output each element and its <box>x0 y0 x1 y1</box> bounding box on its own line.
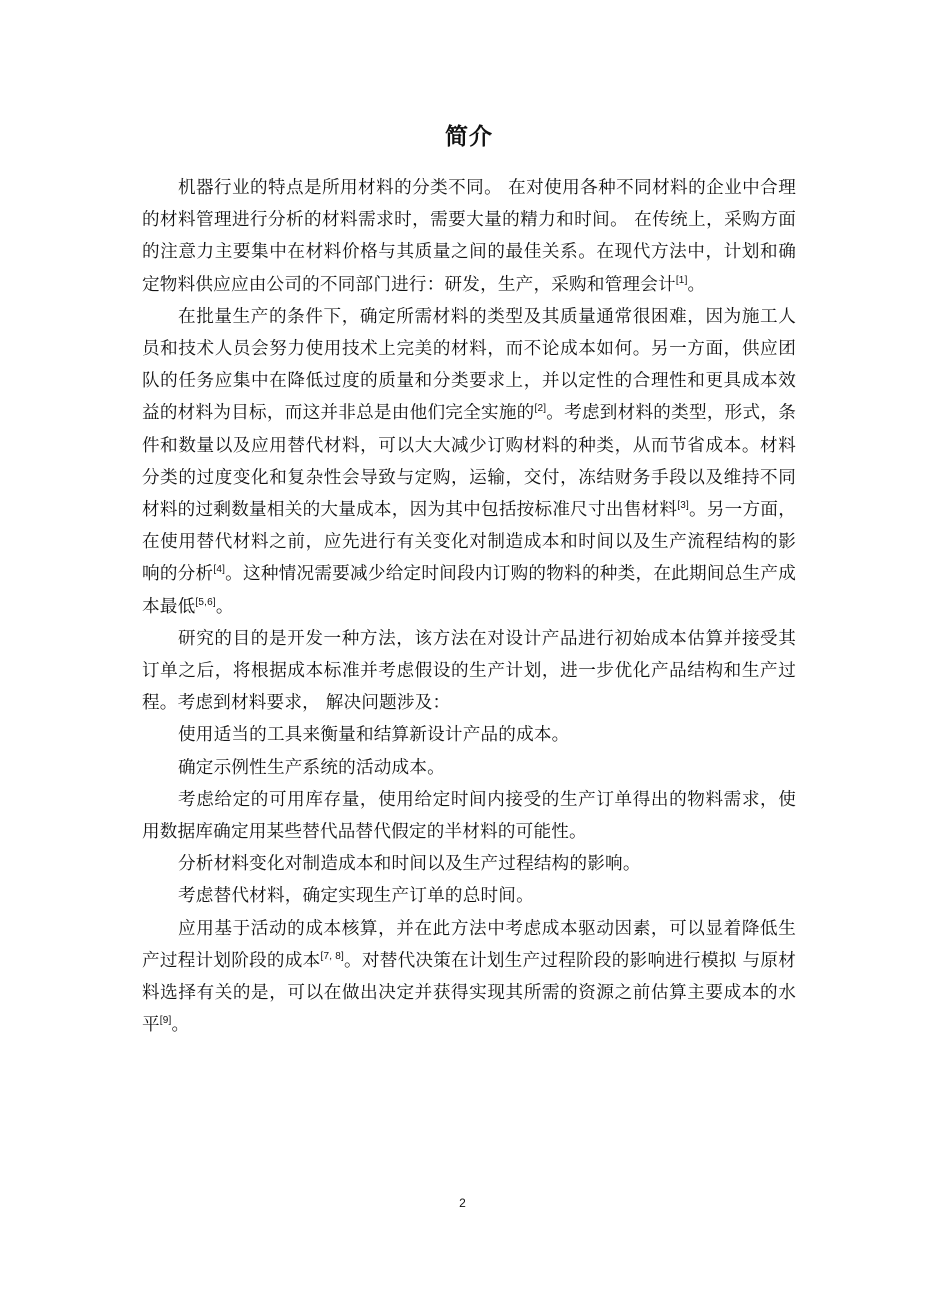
paragraph-materials: 在批量生产的条件下，确定所需材料的类型及其质量通常很困难，因为施工人员和技术人员… <box>142 301 796 623</box>
document-body: 机器行业的特点是所用材料的分类不同。 在对使用各种不同材料的企业中合理的材料管理… <box>142 172 796 1041</box>
citation: [4] <box>213 564 225 575</box>
punctuation: 。 <box>688 275 706 295</box>
citation: [9] <box>160 1015 172 1026</box>
page-number: 2 <box>0 1196 925 1210</box>
punctuation: 。 <box>216 597 234 617</box>
paragraph-activity-costing: 应用基于活动的成本核算，并在此方法中考虑成本驱动因素，可以显着降低生产过程计划阶… <box>142 913 796 1042</box>
citation: [2] <box>535 403 547 414</box>
task-item-2: 确定示例性生产系统的活动成本。 <box>142 752 796 784</box>
paragraph-research-goal: 研究的目的是开发一种方法，该方法在对设计产品进行初始成本估算并接受其订单之后，将… <box>142 623 796 720</box>
citation: [1] <box>676 275 688 286</box>
citation: [3] <box>677 500 689 511</box>
citation: [7, 8] <box>320 951 344 962</box>
task-item-4: 分析材料变化对制造成本和时间以及生产过程结构的影响。 <box>142 848 796 880</box>
task-item-1: 使用适当的工具来衡量和结算新设计产品的成本。 <box>142 719 796 751</box>
paragraph-text: 。这种情况需要减少给定时间段内订购的物料的种类，在此期间总生产成本最低 <box>142 564 796 616</box>
task-item-5: 考虑替代材料，确定实现生产订单的总时间。 <box>142 880 796 912</box>
citation: [5,6] <box>195 597 215 608</box>
paragraph-intro: 机器行业的特点是所用材料的分类不同。 在对使用各种不同材料的企业中合理的材料管理… <box>142 172 796 301</box>
section-title: 简介 <box>142 120 796 154</box>
task-item-3: 考虑给定的可用库存量，使用给定时间内接受的生产订单得出的物料需求，使用数据库确定… <box>142 784 796 848</box>
punctuation: 。 <box>172 1015 190 1035</box>
